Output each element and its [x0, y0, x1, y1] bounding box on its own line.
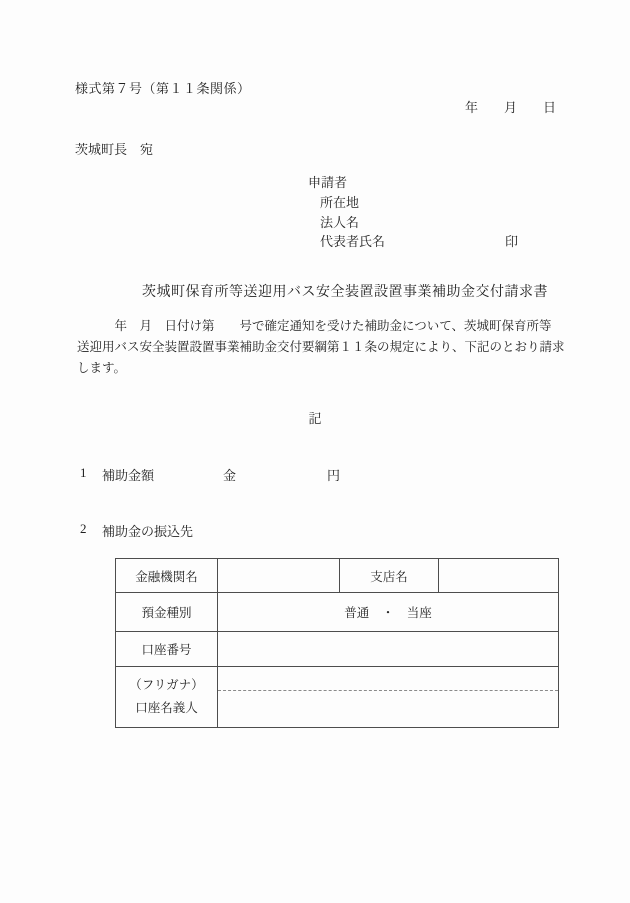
- account-holder-input-cell: [218, 667, 559, 728]
- item-label-transfer-destination: 補助金の振込先: [102, 521, 193, 540]
- item-number: 1: [80, 465, 87, 481]
- document-page: 様式第７号（第１１条関係） 年 月 日 茨城町長 宛 申請者 所在地 法人名 代…: [0, 0, 630, 903]
- form-number-label: 様式第７号（第１１条関係）: [75, 78, 251, 97]
- furigana-input-area: [218, 667, 558, 691]
- item-transfer-destination-row: 2 補助金の振込先: [0, 521, 630, 538]
- financial-institution-input-cell: [218, 559, 340, 593]
- branch-name-input-cell: [439, 559, 559, 593]
- bank-transfer-table: 金融機関名 支店名 預金種別 普通 ・ 当座 口座番号 （フリガナ） 口座名義人: [115, 558, 559, 728]
- amount-prefix: 金: [223, 465, 236, 484]
- applicant-field-address: 所在地: [320, 192, 359, 211]
- seal-label: 印: [505, 231, 518, 250]
- body-line: 送迎用バス安全装置設置事業補助金交付要綱第１１条の規定により、下記のとおり請求: [77, 337, 569, 358]
- account-holder-input-area: [218, 691, 558, 727]
- account-holder-label: 口座名義人: [116, 697, 217, 720]
- applicant-heading: 申請者: [308, 172, 347, 191]
- amount-suffix: 円: [327, 465, 340, 484]
- item-subsidy-amount-row: 1 補助金額 金 円: [0, 465, 630, 482]
- account-number-input-cell: [218, 632, 559, 667]
- body-line: 年 月 日付け第 号で確定通知を受けた補助金について、茨城町保育所等: [77, 316, 569, 337]
- body-line: します。: [77, 358, 569, 379]
- item-label-subsidy-amount: 補助金額: [102, 465, 154, 484]
- furigana-label: （フリガナ）: [116, 674, 217, 697]
- applicant-field-corporate-name: 法人名: [320, 212, 359, 231]
- date-line: 年 月 日: [465, 97, 556, 116]
- financial-institution-label-cell: 金融機関名: [116, 559, 218, 593]
- body-paragraph: 年 月 日付け第 号で確定通知を受けた補助金について、茨城町保育所等 送迎用バス…: [77, 316, 569, 379]
- deposit-type-label-cell: 預金種別: [116, 593, 218, 632]
- record-mark: 記: [0, 408, 630, 427]
- account-holder-label-cell: （フリガナ） 口座名義人: [116, 667, 218, 728]
- item-number: 2: [80, 521, 87, 537]
- deposit-type-options-cell: 普通 ・ 当座: [218, 593, 559, 632]
- branch-name-label-cell: 支店名: [340, 559, 439, 593]
- applicant-field-representative: 代表者氏名: [320, 231, 385, 250]
- account-number-label-cell: 口座番号: [116, 632, 218, 667]
- addressee-label: 茨城町長 宛: [75, 139, 153, 158]
- document-title: 茨城町保育所等送迎用バス安全装置設置事業補助金交付請求書: [142, 281, 548, 301]
